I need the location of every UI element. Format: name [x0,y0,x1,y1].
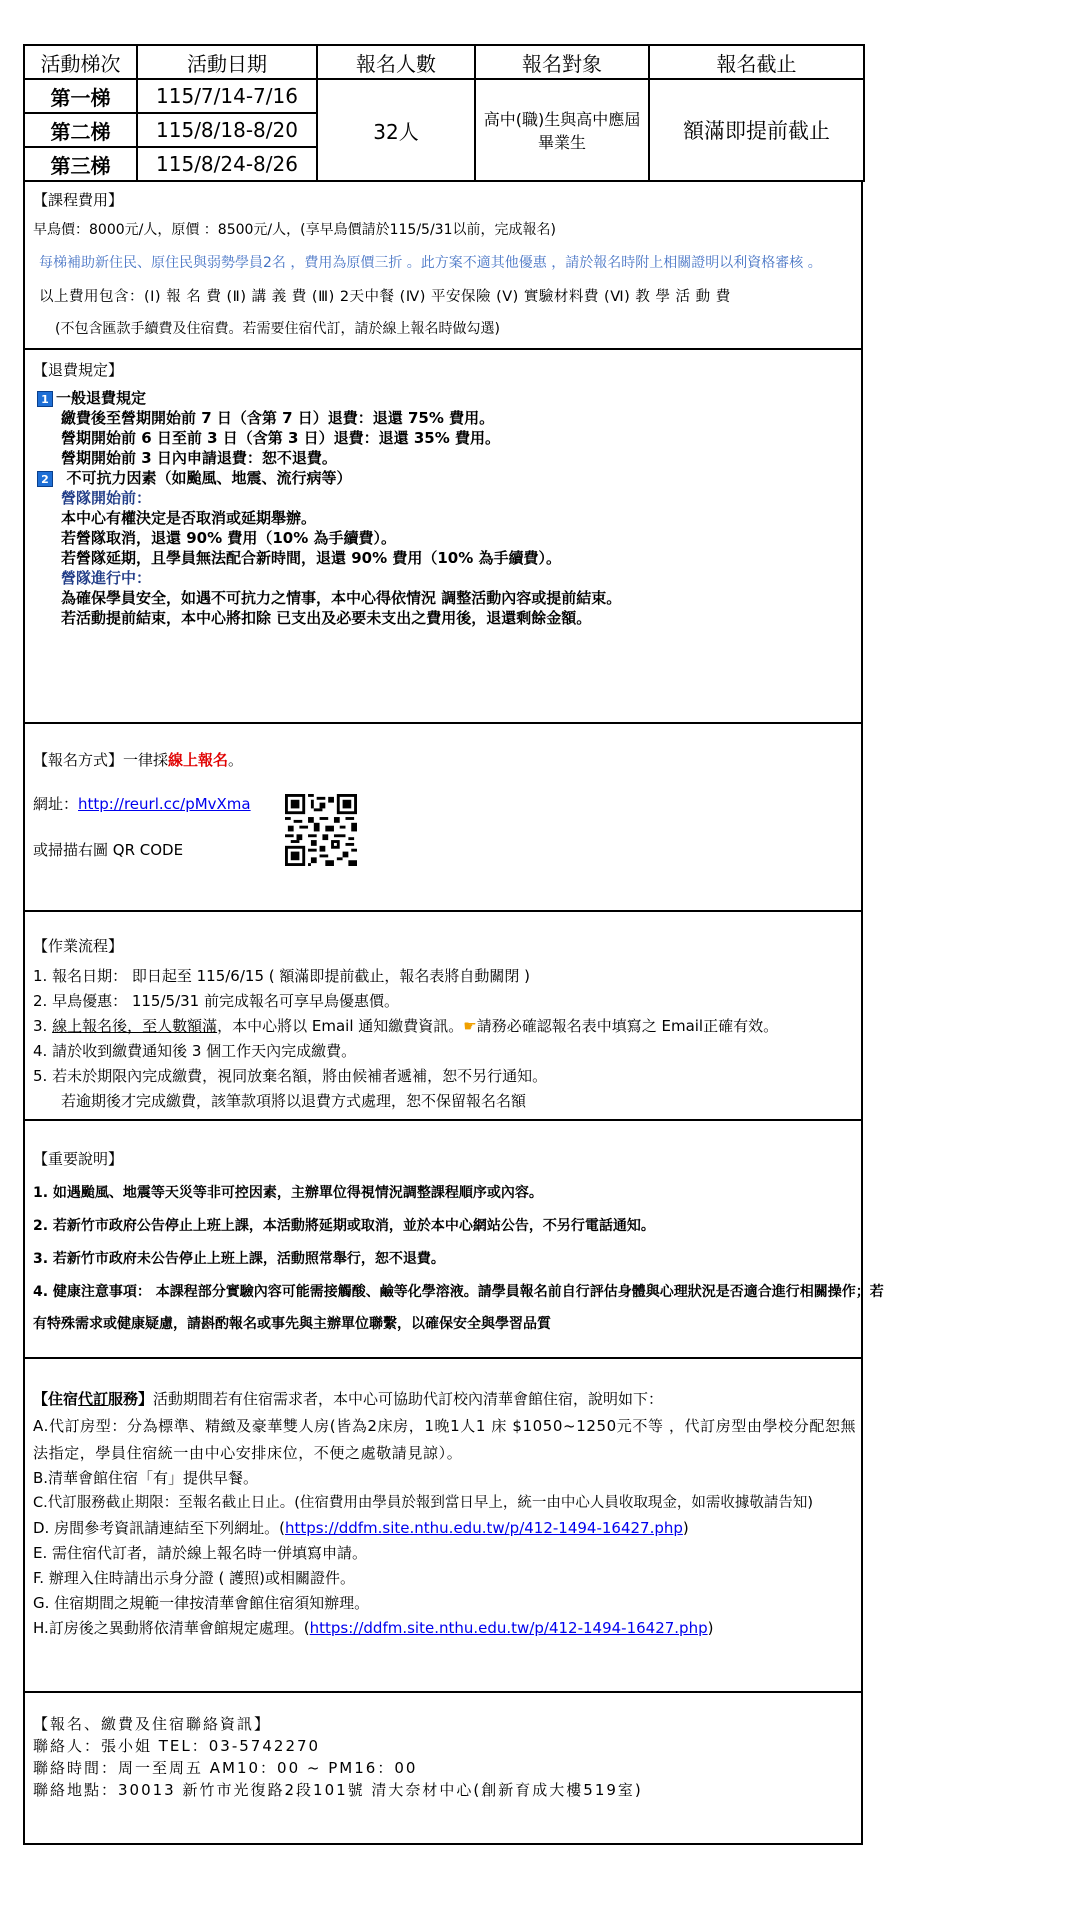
general-refund-title-text: 一般退費規定 [56,389,146,407]
registration-heading-end: 。 [228,751,243,769]
lodging-item-a: A.代訂房型：分為標準、精緻及豪華雙人房(皆為2床房，1晚1人1 床 $1050… [33,1416,853,1436]
process-item-sub: 若逾期後才完成繳費，該筆款項將以退費方式處理，恕不保留報名名額 [33,1091,853,1111]
header-batch: 活動梯次 [24,45,137,79]
during-camp-label: 營隊進行中： [33,568,853,588]
important-item: 2. 若新竹市政府公告停止上班上課，本活動將延期或取消，並於本中心網站公告，不另… [33,1216,853,1236]
scan-qr-text: 或掃描右圖 QR CODE [33,840,853,860]
date-cell: 115/7/14-7/16 [137,79,317,113]
process-item-note: 請務必確認報名表中填寫之 Email正確有效。 [477,1017,778,1035]
lodging-intro: 活動期間若有住宿需求者，本中心可協助代訂校內清華會館住宿，說明如下： [153,1390,663,1408]
important-item: 4. 健康注意事項： 本課程部分實驗內容可能需接觸酸、鹼等化學溶液。請學員報名前… [33,1282,853,1302]
force-majeure-title-text: 不可抗力因素（如颱風、地震、流行病等） [66,469,351,487]
refund-heading: 【退費規定】 [33,360,853,380]
before-camp-label: 營隊開始前： [33,488,853,508]
lodging-item-c: C.代訂服務截止期限：至報名截止日止。(住宿費用由學員於報到當日早上，統一由中心… [33,1493,853,1513]
refund-rule: 若活動提前結束，本中心將扣除 已支出及必要未支出之費用後，退還剩餘金額。 [33,608,853,628]
contact-section: 【報名、繳費及住宿聯絡資訊】 聯絡人：張小姐 TEL：03-5742270 聯絡… [23,1693,863,1845]
important-item-cont: 有特殊需求或健康疑慮，請斟酌報名或事先與主辦單位聯繫，以確保安全與學習品質 [33,1314,853,1334]
refund-rule: 營期開始前 6 日至前 3 日（含第 3 日）退費：退還 35% 費用。 [33,428,853,448]
lodging-heading-post: 服務】 [108,1390,153,1408]
contact-hours: 聯絡時間：周一至周五 AM10：00 ~ PM16：00 [33,1757,853,1779]
force-majeure-title: 2 不可抗力因素（如颱風、地震、流行病等） [33,468,853,488]
date-cell: 115/8/18-8/20 [137,113,317,147]
refund-rule: 若營隊延期，且學員無法配合新時間，退還 90% 費用（10% 為手續費）。 [33,548,853,568]
fees-heading: 【課程費用】 [33,188,853,212]
pointing-hand-icon: ☛ [463,1016,476,1036]
lodging-item-h-text: H.訂房後之異動將依清華會館規定處理。( [33,1619,310,1637]
lodging-item-g: G. 住宿期間之規範一律按清華會館住宿須知辦理。 [33,1593,853,1613]
price-line: 早鳥價：8000元/人，原價 ：8500元/人，(享早鳥價請於115/5/31以… [33,220,853,240]
lodging-item-h: H.訂房後之異動將依清華會館規定處理。(https://ddfm.site.nt… [33,1618,853,1638]
refund-rule: 繳費後至營期開始前 7 日（含第 7 日）退費：退還 75% 費用。 [33,408,853,428]
important-heading: 【重要說明】 [33,1149,853,1169]
batch-cell: 第二梯 [24,113,137,147]
contact-person: 聯絡人：張小姐 TEL：03-5742270 [33,1735,853,1757]
contact-address: 聯絡地點：30013 新竹市光復路2段101號 清大奈材中心(創新育成大樓519… [33,1779,853,1801]
number-badge-1: 1 [37,391,53,407]
process-item: 4. 請於收到繳費通知後 3 個工作天內完成繳費。 [33,1041,853,1061]
lodging-item-e: E. 需住宿代訂者，請於線上報名時一併填寫申請。 [33,1543,853,1563]
lodging-item-f: F. 辦理入住時請出示身分證 ( 護照)或相關證件。 [33,1568,853,1588]
process-item-underlined: 線上報名後，至人數額滿 [52,1017,217,1035]
schedule-header-row: 活動梯次 活動日期 報名人數 報名對象 報名截止 [24,45,864,79]
refund-rule: 為確保學員安全，如遇不可抗力之情事，本中心得依情況 調整活動內容或提前結束。 [33,588,853,608]
header-capacity: 報名人數 [317,45,475,79]
lodging-item-d: D. 房間參考資訊請連結至下列網址。(https://ddfm.site.nth… [33,1518,853,1538]
target-cell: 高中(職)生與高中應屆畢業生 [475,79,649,181]
lodging-item-h-end: ) [708,1619,714,1637]
number-badge-2: 2 [37,471,53,487]
header-target: 報名對象 [475,45,649,79]
registration-heading: 【報名方式】一律採線上報名。 [33,750,853,770]
lodging-item-a-cont: 法指定，學員住宿統一由中心安排床位，不便之處敬請見諒）。 [33,1443,853,1463]
registration-url-line: 網址：http://reurl.cc/pMvXma [33,794,853,814]
fee-includes: 以上費用包含：(Ⅰ) 報 名 費 (Ⅱ) 講 義 費 (Ⅲ) 2天中餐 (Ⅳ) … [33,287,853,307]
process-item: 1. 報名日期： 即日起至 115/6/15 ( 額滿即提前截止，報名表將自動關… [33,966,853,986]
process-item: 5. 若未於期限內完成繳費，視同放棄名額，將由候補者遞補，恕不另行通知。 [33,1066,853,1086]
lodging-item-b: B.清華會館住宿「有」提供早餐。 [33,1468,853,1488]
refund-rule: 本中心有權決定是否取消或延期舉辦。 [33,508,853,528]
online-registration-highlight: 線上報名 [168,751,228,769]
url-label: 網址： [33,795,78,813]
lodging-item-d-end: ) [683,1519,689,1537]
registration-link[interactable]: http://reurl.cc/pMvXma [78,795,251,813]
process-item: 2. 早鳥優惠： 115/5/31 前完成報名可享早鳥優惠價。 [33,991,853,1011]
header-date: 活動日期 [137,45,317,79]
lodging-heading-underlined: 代訂 [78,1390,108,1408]
general-refund-title: 1一般退費規定 [33,388,853,408]
room-info-link[interactable]: https://ddfm.site.nthu.edu.tw/p/412-1494… [285,1519,683,1537]
qr-code-image [285,794,357,866]
capacity-cell: 32人 [317,79,475,181]
process-item-rest: ，本中心將以 Email 通知繳費資訊。 [217,1017,463,1035]
important-section: 【重要說明】 1. 如遇颱風、地震等天災等非可控因素，主辦單位得視情況調整課程順… [23,1121,863,1359]
refund-section: 【退費規定】 1一般退費規定 繳費後至營期開始前 7 日（含第 7 日）退費：退… [23,350,863,724]
important-item: 3. 若新竹市政府未公告停止上班上課，活動照常舉行，恕不退費。 [33,1249,853,1269]
lodging-item-d-text: D. 房間參考資訊請連結至下列網址。( [33,1519,285,1537]
lodging-rules-link[interactable]: https://ddfm.site.nthu.edu.tw/p/412-1494… [310,1619,708,1637]
process-item-number: 3. [33,1017,52,1035]
important-item: 1. 如遇颱風、地震等天災等非可控因素，主辦單位得視情況調整課程順序或內容。 [33,1183,853,1203]
subsidy-note: 每梯補助新住民、原住民與弱勢學員2名 ，費用為原價三折 。此方案不適其他優惠 ，… [33,253,853,273]
contact-heading: 【報名、繳費及住宿聯絡資訊】 [33,1713,853,1735]
lodging-section: 【住宿代訂服務】活動期間若有住宿需求者，本中心可協助代訂校內清華會館住宿，說明如… [23,1359,863,1693]
table-row: 第一梯 115/7/14-7/16 32人 高中(職)生與高中應屆畢業生 額滿即… [24,79,864,113]
lodging-heading-pre: 【住宿 [33,1390,78,1408]
lodging-heading: 【住宿代訂服務】活動期間若有住宿需求者，本中心可協助代訂校內清華會館住宿，說明如… [33,1389,853,1409]
schedule-table: 活動梯次 活動日期 報名人數 報名對象 報名截止 第一梯 115/7/14-7/… [23,44,865,182]
header-deadline: 報名截止 [649,45,864,79]
deadline-cell: 額滿即提前截止 [649,79,864,181]
registration-section: 【報名方式】一律採線上報名。 網址：http://reurl.cc/pMvXma… [23,724,863,912]
process-heading: 【作業流程】 [33,936,853,956]
process-section: 【作業流程】 1. 報名日期： 即日起至 115/6/15 ( 額滿即提前截止，… [23,912,863,1121]
process-item-3: 3. 線上報名後，至人數額滿，本中心將以 Email 通知繳費資訊。☛請務必確認… [33,1016,853,1036]
fee-excludes: (不包含匯款手續費及住宿費。若需要住宿代訂，請於線上報名時做勾選) [33,319,853,339]
fees-section: 【課程費用】 早鳥價：8000元/人，原價 ：8500元/人，(享早鳥價請於11… [23,182,863,350]
registration-heading-text: 【報名方式】一律採 [33,751,168,769]
refund-rule: 若營隊取消，退還 90% 費用（10% 為手續費）。 [33,528,853,548]
batch-cell: 第三梯 [24,147,137,181]
batch-cell: 第一梯 [24,79,137,113]
date-cell: 115/8/24-8/26 [137,147,317,181]
refund-rule: 營期開始前 3 日內申請退費：恕不退費。 [33,448,853,468]
document: 活動梯次 活動日期 報名人數 報名對象 報名截止 第一梯 115/7/14-7/… [23,44,863,1845]
